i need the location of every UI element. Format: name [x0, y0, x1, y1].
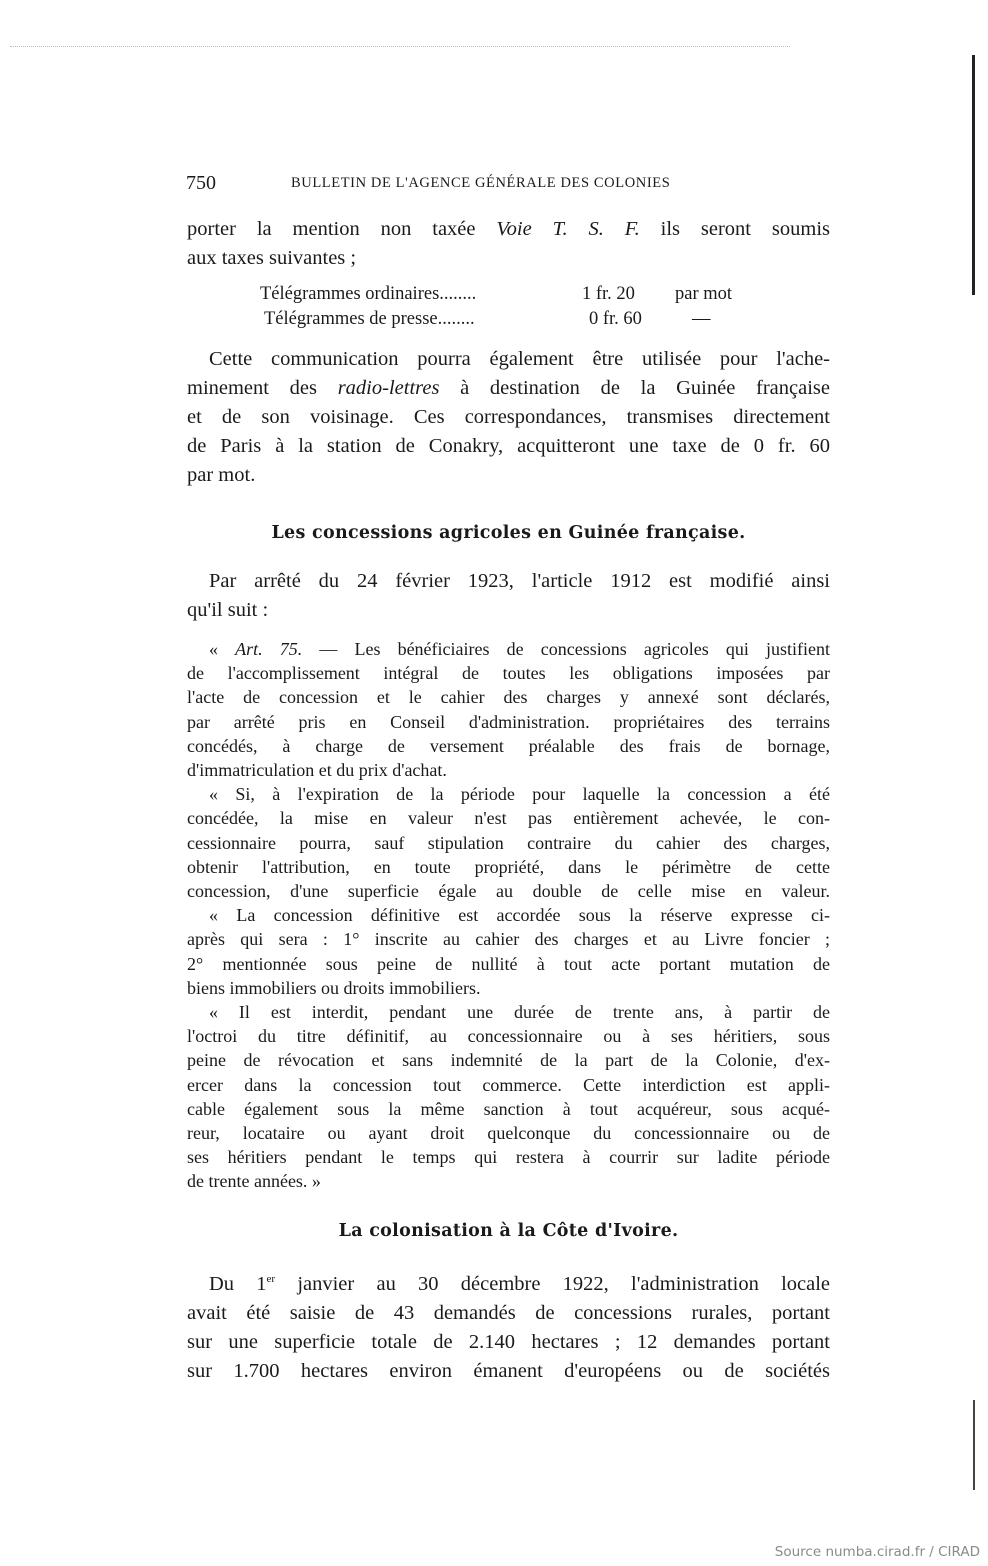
running-head: 750 BULLETIN DE L'AGENCE GÉNÉRALE DES CO… — [186, 172, 826, 196]
bulletin-title: BULLETIN DE L'AGENCE GÉNÉRALE DES COLONI… — [291, 175, 670, 192]
page-number: 750 — [186, 172, 216, 195]
article-75-text: « Art. 75. — Les bénéficiaires de conces… — [187, 637, 830, 1194]
scanned-page: 750 BULLETIN DE L'AGENCE GÉNÉRALE DES CO… — [0, 0, 988, 1566]
scan-edge-shadow — [972, 55, 975, 295]
cote-ivoire-paragraph: Du 1er janvier au 30 décembre 1922, l'ad… — [187, 1265, 830, 1386]
section-heading-cote-ivoire: La colonisation à la Côte d'Ivoire. — [187, 1221, 830, 1241]
arrete-intro: Par arrêté du 24 février 1923, l'article… — [187, 567, 830, 625]
scan-artifact-top — [10, 46, 790, 48]
intro-paragraph: porter la mention non taxée Voie T. S. F… — [187, 215, 830, 273]
intro-line-1: porter la mention non taxée Voie T. S. F… — [187, 215, 830, 244]
scan-edge-shadow-lower — [973, 1400, 975, 1490]
section-heading-guinee: Les concessions agricoles en Guinée fran… — [187, 523, 830, 543]
intro-line-2: aux taxes suivantes ; — [187, 244, 830, 273]
radio-letters-paragraph: Cette communication pourra également êtr… — [187, 345, 830, 490]
source-credit: Source numba.cirad.fr / CIRAD — [775, 1544, 980, 1560]
